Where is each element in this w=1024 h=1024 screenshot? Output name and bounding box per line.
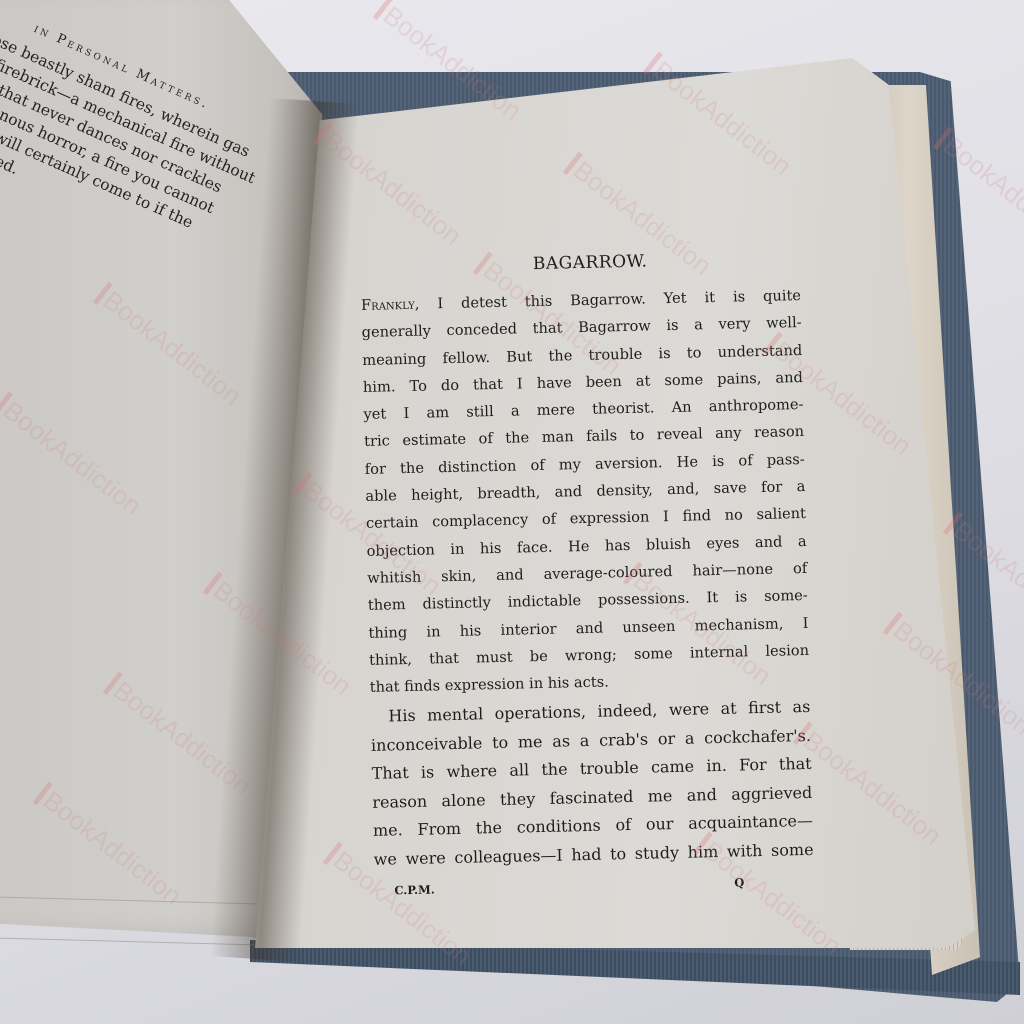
signature-mark-left: C.P.M.: [394, 883, 435, 898]
lead-word: Frankly,: [361, 296, 420, 314]
book-photo: in Personal Matters. of those beastly sh…: [0, 0, 1024, 1024]
right-page-text: BAGARROW. Frankly, I detest this Bagarro…: [360, 248, 814, 898]
paragraph-1: Frankly, I detest this Bagarrow. Yet it …: [361, 282, 810, 701]
paragraph-2: His mental operations, indeed, were at f…: [370, 693, 814, 874]
signature-mark-right: Q: [734, 876, 744, 890]
